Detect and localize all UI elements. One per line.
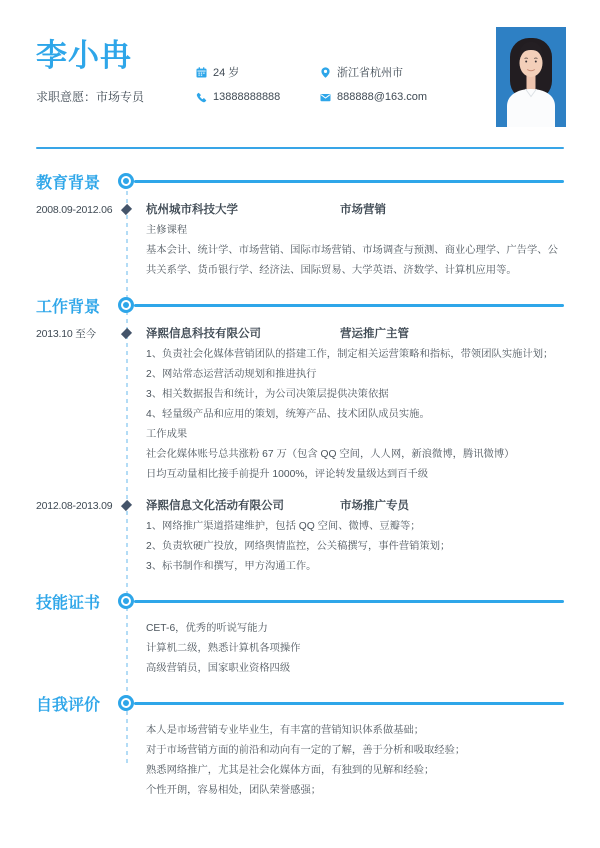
detail-line: 主修课程 <box>146 221 564 241</box>
entry-top: 泽熙信息文化活动有限公司 市场推广专员 <box>146 495 564 517</box>
contact-list: 24 岁 浙江省杭州市 13888888888 888888@163.com <box>196 65 496 147</box>
phone-icon <box>196 92 207 103</box>
company-name: 泽熙信息文化活动有限公司 <box>146 495 340 517</box>
timeline-date: 2008.09-2012.06 <box>36 199 118 221</box>
major-title: 市场营销 <box>340 199 386 221</box>
entry-top: 杭州城市科技大学 市场营销 <box>146 199 564 221</box>
entry-content: 泽熙信息科技有限公司 营运推广主管 1、负责社会化媒体营销团队的搭建工作，制定相… <box>146 323 564 485</box>
diamond-icon <box>120 204 131 215</box>
entry-content: 杭州城市科技大学 市场营销 主修课程 基本会计、统计学、市场营销、国际市场营销、… <box>146 199 564 281</box>
section-header-line <box>134 600 564 603</box>
section-header: 技能证书 <box>36 589 564 613</box>
section-title: 工作背景 <box>36 294 118 317</box>
timeline-marker <box>118 619 134 626</box>
job-intention: 求职意愿：市场专员 <box>36 88 196 105</box>
detail-line: 1、网络推广渠道搭建维护，包括 QQ 空间、微博、豆瓣等； <box>146 517 564 537</box>
section-education: 教育背景 2008.09-2012.06 杭州城市科技大学 市场营销 主修课程 … <box>36 169 564 293</box>
location-icon <box>320 67 331 78</box>
detail-line: 熟悉网络推广，尤其是社会化媒体方面，有独到的见解和经验； <box>146 761 564 781</box>
profile-photo <box>496 27 566 127</box>
diamond-icon <box>120 328 131 339</box>
detail-line: 3、相关数据报告和统计，为公司决策层提供决策依据 <box>146 385 564 405</box>
timeline-marker <box>118 323 134 337</box>
timeline-entry: 本人是市场营销专业毕业生，有丰富的营销知识体系做基础； 对于市场营销方面的前沿和… <box>36 721 564 801</box>
school-name: 杭州城市科技大学 <box>146 199 340 221</box>
detail-line: 工作成果 <box>146 425 564 445</box>
job-title: 营运推广主管 <box>340 323 409 345</box>
section-header-line <box>134 702 564 705</box>
contact-location: 浙江省杭州市 <box>320 65 496 79</box>
entry-content: 泽熙信息文化活动有限公司 市场推广专员 1、网络推广渠道搭建维护，包括 QQ 空… <box>146 495 564 577</box>
timeline-entry: 2012.08-2013.09 泽熙信息文化活动有限公司 市场推广专员 1、网络… <box>36 495 564 577</box>
contact-age: 24 岁 <box>196 65 320 79</box>
detail-line: 社会化媒体账号总共涨粉 67 万（包含 QQ 空间，人人网，新浪微博，腾讯微博） <box>146 445 564 465</box>
resume-page: 李小冉 求职意愿：市场专员 24 岁 浙江省杭州市 13888888888 <box>0 0 600 848</box>
timeline-circle-icon <box>118 695 134 711</box>
section-header: 自我评价 <box>36 691 564 715</box>
detail-line: 日均互动量相比接手前提升 1000%，评论转发量级达到百千级 <box>146 465 564 485</box>
mail-icon <box>320 92 331 103</box>
detail-line: 计算机二级，熟悉计算机各项操作 <box>146 639 564 659</box>
timeline-circle-icon <box>118 593 134 609</box>
timeline-date: 2013.10 至今 <box>36 323 118 345</box>
diamond-icon <box>120 500 131 511</box>
section-header-line <box>134 180 564 183</box>
detail-line: 本人是市场营销专业毕业生，有丰富的营销知识体系做基础； <box>146 721 564 741</box>
contact-phone: 13888888888 <box>196 90 320 104</box>
timeline-circle-icon <box>118 173 134 189</box>
detail-line: 2、网站常态运营活动规划和推进执行 <box>146 365 564 385</box>
section-header: 教育背景 <box>36 169 564 193</box>
timeline-entry: CET-6，优秀的听说写能力 计算机二级，熟悉计算机各项操作 高级营销员，国家职… <box>36 619 564 679</box>
detail-line: 基本会计、统计学、市场营销、国际市场营销、市场调查与预测、商业心理学、广告学、公… <box>146 241 564 281</box>
detail-line: 4、轻量级产品和应用的策划，统筹产品、技术团队成员实施。 <box>146 405 564 425</box>
contact-location-text: 浙江省杭州市 <box>337 64 403 80</box>
timeline-marker <box>118 495 134 509</box>
timeline-entry: 2008.09-2012.06 杭州城市科技大学 市场营销 主修课程 基本会计、… <box>36 199 564 281</box>
section-header: 工作背景 <box>36 293 564 317</box>
name-block: 李小冉 求职意愿：市场专员 <box>36 27 196 147</box>
detail-line: 个性开朗，容易相处，团队荣誉感强； <box>146 781 564 801</box>
contact-phone-text: 13888888888 <box>213 91 280 103</box>
resume-body: 教育背景 2008.09-2012.06 杭州城市科技大学 市场营销 主修课程 … <box>0 149 600 813</box>
contact-age-text: 24 岁 <box>213 64 239 80</box>
section-skills: 技能证书 CET-6，优秀的听说写能力 计算机二级，熟悉计算机各项操作 高级营销… <box>36 589 564 691</box>
detail-line: 1、负责社会化媒体营销团队的搭建工作，制定相关运营策略和指标，带领团队实施计划； <box>146 345 564 365</box>
timeline-marker <box>118 721 134 728</box>
company-name: 泽熙信息科技有限公司 <box>146 323 340 345</box>
contact-email-text: 888888@163.com <box>337 91 427 103</box>
entry-top: 泽熙信息科技有限公司 营运推广主管 <box>146 323 564 345</box>
section-header-line <box>134 304 564 307</box>
section-title: 技能证书 <box>36 590 118 613</box>
timeline-dashed-line <box>126 183 128 765</box>
entry-content: CET-6，优秀的听说写能力 计算机二级，熟悉计算机各项操作 高级营销员，国家职… <box>146 619 564 679</box>
section-self-evaluation: 自我评价 本人是市场营销专业毕业生，有丰富的营销知识体系做基础； 对于市场营销方… <box>36 691 564 813</box>
section-title: 自我评价 <box>36 692 118 715</box>
contact-email: 888888@163.com <box>320 90 496 104</box>
candidate-name: 李小冉 <box>36 39 196 73</box>
timeline-entry: 2013.10 至今 泽熙信息科技有限公司 营运推广主管 1、负责社会化媒体营销… <box>36 323 564 485</box>
detail-line: 2、负责软硬广投放，网络舆情监控，公关稿撰写，事件营销策划； <box>146 537 564 557</box>
detail-line: CET-6，优秀的听说写能力 <box>146 619 564 639</box>
job-title: 市场推广专员 <box>340 495 409 517</box>
section-title: 教育背景 <box>36 170 118 193</box>
detail-line: 对于市场营销方面的前沿和动向有一定的了解，善于分析和吸取经验； <box>146 741 564 761</box>
calendar-icon <box>196 67 207 78</box>
timeline-marker <box>118 199 134 213</box>
timeline-circle-icon <box>118 297 134 313</box>
timeline-date: 2012.08-2013.09 <box>36 495 118 517</box>
section-work: 工作背景 2013.10 至今 泽熙信息科技有限公司 营运推广主管 1、负责社会… <box>36 293 564 589</box>
detail-line: 3、标书制作和撰写，甲方沟通工作。 <box>146 557 564 577</box>
entry-content: 本人是市场营销专业毕业生，有丰富的营销知识体系做基础； 对于市场营销方面的前沿和… <box>146 721 564 801</box>
header: 李小冉 求职意愿：市场专员 24 岁 浙江省杭州市 13888888888 <box>0 0 600 147</box>
detail-line: 高级营销员，国家职业资格四级 <box>146 659 564 679</box>
